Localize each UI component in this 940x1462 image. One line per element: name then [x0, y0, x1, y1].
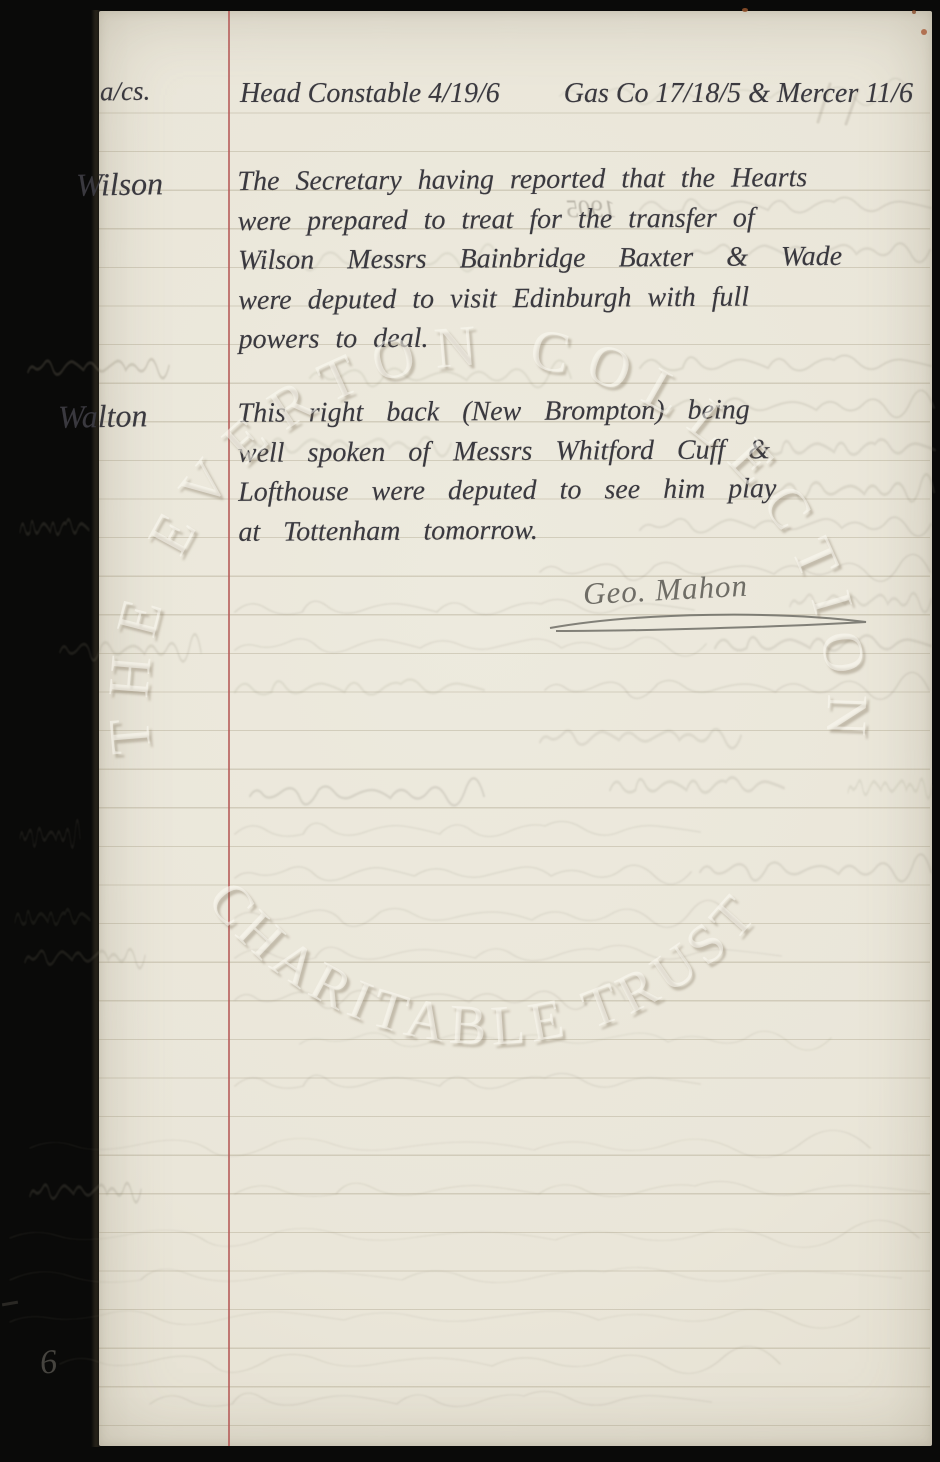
margin-label-walton: Walton [58, 397, 148, 436]
entry-line: at Tottenham tomorrow. [238, 509, 776, 552]
pencil-dash [2, 1301, 18, 1307]
ink-content: 1905 a/cs. Head Constable 4/19/6 Gas Co … [0, 0, 940, 1462]
accounts-segment-1: Head Constable 4/19/6 [240, 74, 500, 114]
entry-line: well spoken of Messrs Whitford Cuff & [238, 430, 776, 473]
walton-entry-text: This right back (New Brompton) being wel… [237, 390, 776, 552]
wilson-entry-text: The Secretary having reported that the H… [237, 158, 843, 360]
entry-line: were deputed to visit Edinburgh with ful… [238, 277, 842, 321]
margin-label-accounts: a/cs. [100, 76, 151, 108]
margin-label-wilson: Wilson [76, 165, 164, 204]
entry-line: powers to deal. [238, 316, 842, 360]
folio-number: 6 [38, 1343, 59, 1383]
accounts-segment-2: Gas Co 17/18/5 & Mercer 11/6 [564, 74, 913, 114]
scanned-document-page: 1905 a/cs. Head Constable 4/19/6 Gas Co … [0, 0, 940, 1462]
flourish-stroke [550, 615, 866, 631]
entry-line: were prepared to treat for the transfer … [238, 197, 842, 241]
entry-line: The Secretary having reported that the H… [237, 158, 841, 202]
accounts-entry-line: Head Constable 4/19/6 Gas Co 17/18/5 & M… [240, 74, 913, 114]
foxing-spot [921, 29, 927, 35]
foxing-spot [912, 10, 916, 14]
entry-line: This right back (New Brompton) being [237, 390, 775, 433]
foxing-spot [742, 8, 748, 12]
entry-line: Wilson Messrs Bainbridge Baxter & Wade [238, 237, 842, 281]
entry-line: Lofthouse were deputed to see him play [238, 469, 776, 512]
chairman-signature: Geo. Mahon [582, 568, 749, 613]
